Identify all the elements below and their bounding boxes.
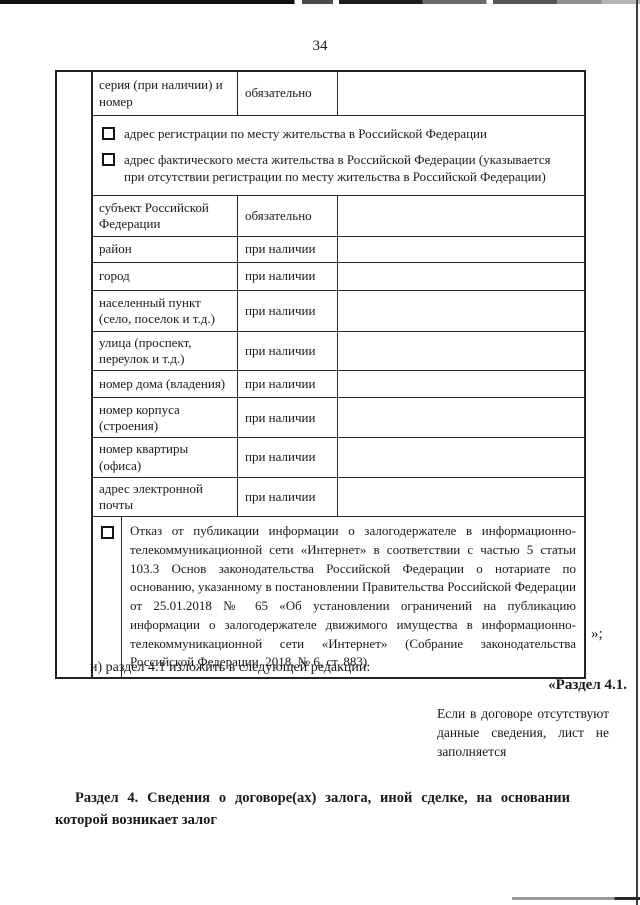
top-horizontal-rule — [0, 0, 640, 4]
field-value-cell — [338, 196, 584, 236]
address-option-row: адрес фактического места жительства в Ро… — [102, 152, 574, 185]
field-value-cell — [338, 263, 584, 290]
table-row: серия (при наличии) и номер обязательно — [93, 72, 584, 116]
next-table-edge-rule — [512, 897, 640, 900]
field-label: серия (при наличии) и номер — [93, 72, 238, 115]
address-option-label: адрес фактического места жительства в Ро… — [124, 152, 574, 185]
table-row: адрес электронной почты при наличии — [93, 478, 584, 518]
table-left-spacer-column — [57, 72, 93, 677]
field-requirement: при наличии — [238, 332, 338, 371]
field-label: улица (проспект, переулок и т.д.) — [93, 332, 238, 371]
table-row: субъект Российской Федерации обязательно — [93, 196, 584, 237]
field-requirement: обязательно — [238, 72, 338, 115]
field-label: номер дома (владения) — [93, 371, 238, 397]
section-4-1-reference: «Раздел 4.1. — [548, 677, 627, 694]
checkbox-icon[interactable] — [102, 127, 115, 140]
field-value-cell — [338, 371, 584, 397]
page-number: 34 — [0, 38, 640, 55]
table-row: город при наличии — [93, 263, 584, 291]
field-requirement: при наличии — [238, 237, 338, 262]
table-row: район при наличии — [93, 237, 584, 263]
document-page: 34 серия (при наличии) и номер обязатель… — [0, 0, 640, 905]
page-edge-rule — [636, 0, 638, 905]
checkbox-icon[interactable] — [102, 153, 115, 166]
field-value-cell — [338, 438, 584, 477]
refusal-checkbox-cell — [93, 517, 122, 677]
address-type-options: адрес регистрации по месту жительства в … — [93, 116, 584, 196]
field-requirement: при наличии — [238, 438, 338, 477]
field-value-cell — [338, 291, 584, 331]
address-option-label: адрес регистрации по месту жительства в … — [124, 126, 487, 142]
refusal-row: Отказ от публикации информации о залогод… — [93, 517, 584, 677]
field-label: адрес электронной почты — [93, 478, 238, 517]
field-label: номер корпуса (строения) — [93, 398, 238, 437]
table-row: населенный пункт (село, поселок и т.д.) … — [93, 291, 584, 332]
field-requirement: при наличии — [238, 478, 338, 517]
field-label: субъект Российской Федерации — [93, 196, 238, 236]
margin-note: Если в договоре отсутствуют данные сведе… — [437, 705, 609, 762]
field-label: населенный пункт (село, поселок и т.д.) — [93, 291, 238, 331]
address-option-row: адрес регистрации по месту жительства в … — [102, 126, 574, 142]
field-value-cell — [338, 72, 584, 115]
field-value-cell — [338, 478, 584, 517]
section-4-heading: Раздел 4. Сведения о договоре(ах) залога… — [55, 787, 570, 832]
field-value-cell — [338, 398, 584, 437]
table-content-column: серия (при наличии) и номер обязательно … — [93, 72, 584, 677]
refusal-paragraph: Отказ от публикации информации о залогод… — [122, 517, 584, 677]
closing-quote-mark: »; — [591, 626, 603, 643]
field-value-cell — [338, 332, 584, 371]
table-row: номер дома (владения) при наличии — [93, 371, 584, 398]
field-requirement: при наличии — [238, 398, 338, 437]
field-label: номер квартиры (офиса) — [93, 438, 238, 477]
form-table: серия (при наличии) и номер обязательно … — [55, 70, 586, 679]
field-requirement: при наличии — [238, 371, 338, 397]
amendment-intro-line: и) раздел 4.1 изложить в следующей редак… — [90, 660, 370, 676]
table-row: улица (проспект, переулок и т.д.) при на… — [93, 332, 584, 372]
field-requirement: обязательно — [238, 196, 338, 236]
checkbox-icon[interactable] — [101, 526, 114, 539]
table-row: номер корпуса (строения) при наличии — [93, 398, 584, 438]
field-label: район — [93, 237, 238, 262]
table-row: номер квартиры (офиса) при наличии — [93, 438, 584, 478]
field-requirement: при наличии — [238, 263, 338, 290]
field-label: город — [93, 263, 238, 290]
field-value-cell — [338, 237, 584, 262]
field-requirement: при наличии — [238, 291, 338, 331]
